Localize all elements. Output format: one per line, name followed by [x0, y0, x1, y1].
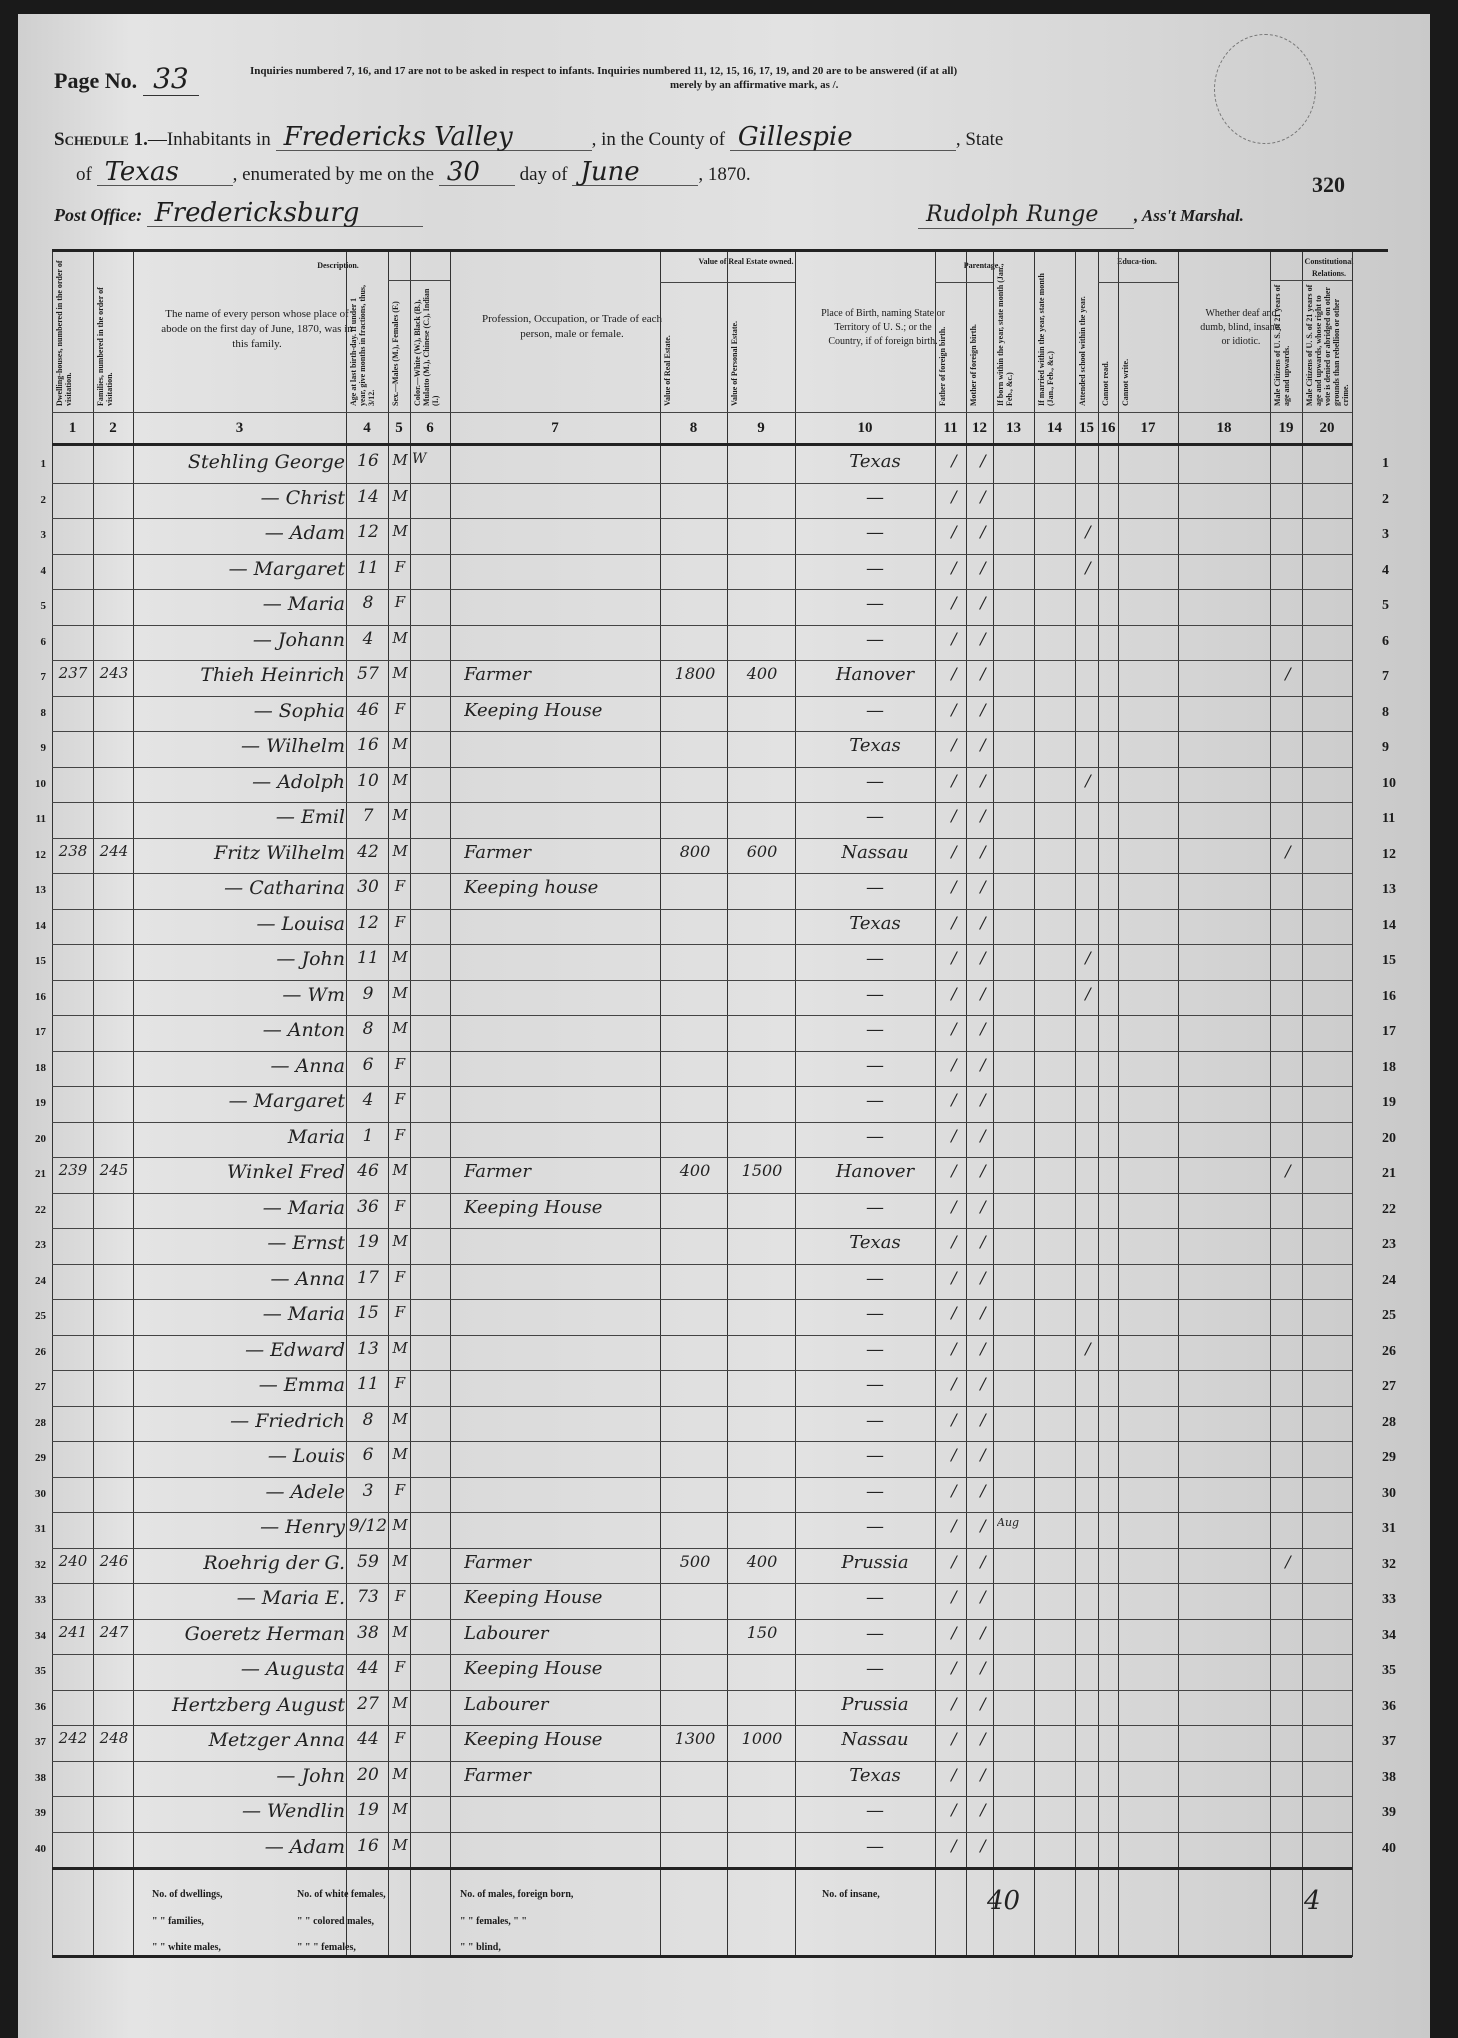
mother-foreign-mark: /: [972, 487, 994, 506]
header-col19: Male Citizens of U. S. of 21 years of ag…: [1273, 284, 1299, 406]
mother-foreign-mark: /: [972, 984, 994, 1003]
column-rule: [1075, 252, 1076, 1957]
row-number-right: 27: [1382, 1379, 1396, 1395]
age: 16: [348, 1836, 388, 1856]
birthplace: —: [815, 1516, 935, 1537]
row-number-right: 23: [1382, 1237, 1396, 1253]
sex: M: [389, 451, 411, 469]
age: 19: [348, 1800, 388, 1820]
row-number-left: 32: [30, 1559, 46, 1571]
father-foreign-mark: /: [943, 522, 965, 541]
age: 15: [348, 1303, 388, 1323]
sex: F: [389, 700, 411, 718]
birthplace: Nassau: [815, 842, 935, 863]
row-rule: [52, 1619, 1352, 1620]
post-office-label: Post Office:: [54, 205, 142, 225]
column-number: 8: [660, 420, 727, 437]
mother-foreign-mark: /: [972, 1339, 994, 1358]
mother-foreign-mark: /: [972, 1410, 994, 1429]
header-col11: Father of foreign birth.: [938, 286, 963, 406]
row-number-left: 1: [30, 458, 46, 470]
group-rule: [935, 282, 993, 283]
father-foreign-mark: /: [943, 1303, 965, 1322]
column-rule: [966, 252, 967, 1957]
row-number-right: 21: [1382, 1166, 1396, 1182]
father-foreign-mark: /: [943, 1197, 965, 1216]
row-number-left: 11: [30, 813, 46, 825]
row-number-left: 28: [30, 1417, 46, 1429]
person-name: — Margaret: [141, 558, 345, 580]
age: 8: [348, 593, 388, 613]
age: 6: [348, 1445, 388, 1465]
row-number-right: 6: [1382, 634, 1389, 650]
footer-blind-label: " " blind,: [460, 1942, 501, 1953]
sex: M: [389, 806, 411, 824]
person-name: Thieh Heinrich: [141, 664, 345, 686]
occupation: Farmer: [464, 1765, 660, 1786]
row-rule: [52, 1406, 1352, 1407]
person-name: — Ernst: [141, 1232, 345, 1254]
row-rule: [52, 1441, 1352, 1442]
county-field: Gillespie: [730, 124, 956, 151]
occupation: Farmer: [464, 1161, 660, 1182]
person-name: Stehling George: [141, 451, 345, 473]
row-number-right: 22: [1382, 1202, 1396, 1218]
column-number: 2: [93, 420, 133, 437]
person-name: — Adam: [141, 1836, 345, 1858]
birthplace: —: [815, 700, 935, 721]
personal-estate-value: 600: [731, 842, 793, 861]
father-foreign-mark: /: [943, 1765, 965, 1784]
sex: M: [389, 1445, 411, 1463]
father-foreign-mark: /: [943, 877, 965, 896]
birthplace: —: [815, 1623, 935, 1644]
row-number-right: 8: [1382, 705, 1389, 721]
male-citizen-mark: /: [1276, 1161, 1300, 1180]
age: 27: [348, 1694, 388, 1714]
row-rule: [52, 1264, 1352, 1265]
birthplace: —: [815, 1800, 935, 1821]
birthplace: Texas: [815, 1765, 935, 1786]
column-rule: [1098, 252, 1099, 1957]
mother-foreign-mark: /: [972, 1055, 994, 1074]
mother-foreign-mark: /: [972, 629, 994, 648]
page-number: Page No.33: [54, 62, 199, 95]
sex: F: [389, 1374, 411, 1392]
attended-school-mark: /: [1079, 948, 1097, 967]
column-number: 6: [410, 420, 450, 437]
row-number-right: 7: [1382, 669, 1389, 685]
row-rule: [52, 944, 1352, 945]
column-number: 4: [346, 420, 388, 437]
mother-foreign-mark: /: [972, 1161, 994, 1180]
footer-colored-males-label: " " colored males,: [297, 1916, 374, 1927]
row-rule: [52, 838, 1352, 839]
mother-foreign-mark: /: [972, 948, 994, 967]
mother-foreign-mark: /: [972, 522, 994, 541]
birthplace: —: [815, 984, 935, 1005]
row-rule: [52, 696, 1352, 697]
row-number-right: 26: [1382, 1344, 1396, 1360]
sex: M: [389, 1161, 411, 1179]
column-number: 7: [450, 420, 660, 437]
person-name: Maria: [141, 1126, 345, 1148]
row-number-left: 3: [30, 529, 46, 541]
mother-foreign-mark: /: [972, 593, 994, 612]
sex: M: [389, 1516, 411, 1534]
father-foreign-mark: /: [943, 700, 965, 719]
real-estate-value: 800: [664, 842, 726, 861]
birthplace: —: [815, 1658, 935, 1679]
person-name: — John: [141, 1765, 345, 1787]
dwelling-number: 240: [54, 1552, 92, 1570]
row-number-left: 36: [30, 1701, 46, 1713]
age: 30: [348, 877, 388, 897]
row-number-right: 35: [1382, 1663, 1396, 1679]
father-foreign-mark: /: [943, 1800, 965, 1819]
father-foreign-mark: /: [943, 1232, 965, 1251]
row-number-right: 28: [1382, 1415, 1396, 1431]
father-foreign-mark: /: [943, 1090, 965, 1109]
column-number: 16: [1098, 420, 1118, 437]
row-number-left: 12: [30, 849, 46, 861]
census-table: Description. Value of Real Estate owned.…: [52, 249, 1388, 1895]
birthplace: —: [815, 1126, 935, 1147]
row-rule: [52, 1761, 1352, 1762]
sex: M: [389, 1019, 411, 1037]
row-rule: [52, 554, 1352, 555]
header-col8: Value of Real Estate.: [663, 286, 724, 406]
header-col6: Color.—White (W.), Black (B.), Mulatto (…: [413, 284, 447, 406]
mother-foreign-mark: /: [972, 1090, 994, 1109]
group-value-real-estate: Value of Real Estate owned.: [678, 256, 814, 268]
column-number: 12: [966, 420, 993, 437]
column-number: 17: [1118, 420, 1178, 437]
sex: M: [389, 735, 411, 753]
row-number-left: 20: [30, 1133, 46, 1145]
row-number-left: 31: [30, 1523, 46, 1535]
age: 73: [348, 1587, 388, 1607]
real-estate-value: 400: [664, 1161, 726, 1180]
column-number: 9: [727, 420, 795, 437]
row-number-right: 17: [1382, 1024, 1396, 1040]
inhabitants-label: —Inhabitants in: [148, 129, 271, 150]
mother-foreign-mark: /: [972, 664, 994, 683]
mother-foreign-mark: /: [972, 1552, 994, 1571]
row-number-left: 22: [30, 1204, 46, 1216]
row-number-left: 33: [30, 1594, 46, 1606]
sex: M: [389, 487, 411, 505]
header-col12: Mother of foreign birth.: [969, 286, 990, 406]
mother-foreign-mark: /: [972, 1232, 994, 1251]
attended-school-mark: /: [1079, 771, 1097, 790]
sex: M: [389, 984, 411, 1002]
column-number: 13: [993, 420, 1034, 437]
row-number-right: 29: [1382, 1450, 1396, 1466]
occupation: Keeping House: [464, 1587, 660, 1608]
father-foreign-mark: /: [943, 1339, 965, 1358]
birthplace: —: [815, 1019, 935, 1040]
row-number-left: 7: [30, 671, 46, 683]
personal-estate-value: 1000: [731, 1729, 793, 1748]
stamped-page-number: 320: [1312, 172, 1345, 198]
row-number-right: 30: [1382, 1486, 1396, 1502]
occupation: Farmer: [464, 842, 660, 863]
row-rule: [52, 1086, 1352, 1087]
column-rule: [1270, 252, 1271, 1957]
row-number-left: 2: [30, 494, 46, 506]
person-name: — Louis: [141, 1445, 345, 1467]
footer-white-males-label: " " white males,: [152, 1942, 221, 1953]
father-foreign-mark: /: [943, 1623, 965, 1642]
enumerated-label: , enumerated by me on the: [233, 164, 435, 185]
row-number-left: 19: [30, 1097, 46, 1109]
county-label: , in the County of: [592, 129, 726, 150]
state-field: Texas: [97, 159, 233, 186]
row-number-left: 25: [30, 1310, 46, 1322]
mother-foreign-mark: /: [972, 1729, 994, 1748]
row-number-left: 35: [30, 1665, 46, 1677]
header-col16: Cannot read.: [1101, 286, 1115, 406]
row-number-left: 30: [30, 1488, 46, 1500]
person-name: Hertzberg August: [141, 1694, 345, 1716]
row-rule: [52, 1015, 1352, 1016]
father-foreign-mark: /: [943, 842, 965, 861]
birthplace: —: [815, 1055, 935, 1076]
footer-tally-parentage: 40: [987, 1886, 1020, 1916]
sex: M: [389, 1410, 411, 1428]
marshal-signature: Rudolph Runge: [918, 202, 1134, 229]
sex: M: [389, 1694, 411, 1712]
age: 44: [348, 1729, 388, 1749]
age: 16: [348, 451, 388, 471]
marshal-line: Rudolph Runge, Ass't Marshal.: [918, 202, 1244, 229]
sex: M: [389, 1765, 411, 1783]
personal-estate-value: 400: [731, 1552, 793, 1571]
father-foreign-mark: /: [943, 1587, 965, 1606]
row-rule: [52, 873, 1352, 874]
archive-stamp: [1214, 34, 1316, 144]
father-foreign-mark: /: [943, 806, 965, 825]
birthplace: —: [815, 629, 935, 650]
row-number-right: 36: [1382, 1699, 1396, 1715]
row-number-left: 23: [30, 1239, 46, 1251]
row-number-left: 16: [30, 991, 46, 1003]
row-number-right: 38: [1382, 1770, 1396, 1786]
row-number-right: 34: [1382, 1628, 1396, 1644]
row-number-left: 6: [30, 636, 46, 648]
row-number-right: 18: [1382, 1060, 1396, 1076]
column-rule: [1352, 252, 1353, 1957]
age: 57: [348, 664, 388, 684]
row-rule: [52, 625, 1352, 626]
column-rule: [1034, 252, 1035, 1957]
mother-foreign-mark: /: [972, 877, 994, 896]
mother-foreign-mark: /: [972, 1836, 994, 1855]
father-foreign-mark: /: [943, 1019, 965, 1038]
family-number: 248: [95, 1729, 133, 1747]
footer-males-foreign-label: No. of males, foreign born,: [460, 1889, 573, 1900]
schedule-line: Schedule 1.—Inhabitants in Fredericks Va…: [54, 124, 1003, 151]
census-page: Page No.33 Inquiries numbered 7, 16, and…: [18, 14, 1430, 2038]
person-name: — Augusta: [141, 1658, 345, 1680]
header-col9: Value of Personal Estate.: [730, 286, 792, 406]
mother-foreign-mark: /: [972, 1694, 994, 1713]
father-foreign-mark: /: [943, 451, 965, 470]
column-number: 10: [795, 420, 935, 437]
birthplace: —: [815, 1587, 935, 1608]
sex: F: [389, 1658, 411, 1676]
birthplace: —: [815, 1339, 935, 1360]
person-name: — Margaret: [141, 1090, 345, 1112]
row-number-right: 31: [1382, 1521, 1396, 1537]
mother-foreign-mark: /: [972, 558, 994, 577]
row-rule: [52, 731, 1352, 732]
attended-school-mark: /: [1079, 984, 1097, 1003]
row-number-right: 37: [1382, 1734, 1396, 1750]
row-number-left: 37: [30, 1736, 46, 1748]
person-name: — Maria: [141, 1197, 345, 1219]
header-col18: Whether deaf and dumb, blind, insane, or…: [1198, 307, 1284, 349]
row-rule: [52, 1796, 1352, 1797]
sex: M: [389, 771, 411, 789]
row-rule: [52, 1051, 1352, 1052]
person-name: — Emma: [141, 1374, 345, 1396]
age: 13: [348, 1339, 388, 1359]
age: 9: [348, 984, 388, 1004]
age: 4: [348, 1090, 388, 1110]
row-number-left: 21: [30, 1168, 46, 1180]
footer-females-foreign-label: " " females, " ": [460, 1916, 527, 1927]
attended-school-mark: /: [1079, 522, 1097, 541]
mother-foreign-mark: /: [972, 913, 994, 932]
row-number-right: 2: [1382, 492, 1389, 508]
father-foreign-mark: /: [943, 1836, 965, 1855]
mother-foreign-mark: /: [972, 1374, 994, 1393]
row-number-right: 15: [1382, 953, 1396, 969]
footer-families-label: " " families,: [152, 1916, 204, 1927]
age: 38: [348, 1623, 388, 1643]
column-number: 3: [133, 420, 346, 437]
person-name: — Wendlin: [141, 1800, 345, 1822]
row-rule: [52, 1477, 1352, 1478]
footer-colored-females-label: " " " females,: [297, 1942, 356, 1953]
column-rule: [1302, 252, 1303, 1957]
real-estate-value: 1300: [664, 1729, 726, 1748]
father-foreign-mark: /: [943, 913, 965, 932]
footer-tally-citizens: 4: [1304, 1886, 1321, 1916]
age: 11: [348, 948, 388, 968]
birthplace: Texas: [815, 735, 935, 756]
sex: M: [389, 1552, 411, 1570]
father-foreign-mark: /: [943, 1481, 965, 1500]
row-number-left: 17: [30, 1026, 46, 1038]
age: 12: [348, 522, 388, 542]
column-rule: [450, 252, 451, 1957]
dwelling-number: 239: [54, 1161, 92, 1179]
column-rule: [727, 252, 728, 1957]
sex: F: [389, 877, 411, 895]
father-foreign-mark: /: [943, 1410, 965, 1429]
header-thick-rule: [52, 443, 1352, 446]
row-number-right: 33: [1382, 1592, 1396, 1608]
person-name: — Maria: [141, 1303, 345, 1325]
row-number-left: 13: [30, 884, 46, 896]
age: 10: [348, 771, 388, 791]
header-col1: Dwelling-houses, numbered in the order o…: [55, 258, 90, 406]
birthplace: —: [815, 948, 935, 969]
birthplace: —: [815, 1374, 935, 1395]
group-rule: [1270, 280, 1352, 281]
family-number: 245: [95, 1161, 133, 1179]
person-name: Metzger Anna: [141, 1729, 345, 1751]
row-number-left: 18: [30, 1062, 46, 1074]
mother-foreign-mark: /: [972, 1481, 994, 1500]
age: 11: [348, 558, 388, 578]
sex: M: [389, 522, 411, 540]
birthplace: —: [815, 1410, 935, 1431]
personal-estate-value: 400: [731, 664, 793, 683]
column-number: 11: [935, 420, 966, 437]
birthplace: —: [815, 1268, 935, 1289]
sex: F: [389, 1268, 411, 1286]
row-number-left: 10: [30, 778, 46, 790]
attended-school-mark: /: [1079, 1339, 1097, 1358]
post-office-field: Fredericksburg: [147, 200, 423, 227]
column-number: 18: [1178, 420, 1270, 437]
row-rule: [52, 660, 1352, 661]
sex: M: [389, 1232, 411, 1250]
row-number-left: 40: [30, 1843, 46, 1855]
column-number: 5: [388, 420, 410, 437]
subdivision-field: Fredericks Valley: [276, 124, 592, 151]
row-number-left: 29: [30, 1452, 46, 1464]
birthplace: —: [815, 1445, 935, 1466]
row-number-right: 40: [1382, 1841, 1396, 1857]
person-name: — Henry: [141, 1516, 345, 1538]
row-rule: [52, 483, 1352, 484]
footer-thick-rule: [52, 1867, 1352, 1870]
row-number-right: 24: [1382, 1273, 1396, 1289]
sex: F: [389, 1090, 411, 1108]
sex: M: [389, 1339, 411, 1357]
sex: F: [389, 1303, 411, 1321]
row-number-right: 11: [1382, 811, 1395, 827]
birthplace: Hanover: [815, 1161, 935, 1182]
group-description: Description.: [288, 260, 388, 272]
age: 20: [348, 1765, 388, 1785]
row-rule: [52, 1335, 1352, 1336]
father-foreign-mark: /: [943, 984, 965, 1003]
column-number: 20: [1302, 420, 1352, 437]
birthplace: —: [815, 877, 935, 898]
age: 16: [348, 735, 388, 755]
birthplace: —: [815, 1303, 935, 1324]
occupation: Keeping House: [464, 1729, 660, 1750]
occupation: Keeping House: [464, 1658, 660, 1679]
mother-foreign-mark: /: [972, 1303, 994, 1322]
age: 12: [348, 913, 388, 933]
column-number: 14: [1034, 420, 1075, 437]
column-rule: [93, 252, 94, 1957]
row-rule: [52, 1193, 1352, 1194]
birthplace: Prussia: [815, 1552, 935, 1573]
occupation: Keeping House: [464, 700, 660, 721]
father-foreign-mark: /: [943, 1694, 965, 1713]
column-rule: [935, 252, 936, 1957]
father-foreign-mark: /: [943, 735, 965, 754]
birthplace: Texas: [815, 1232, 935, 1253]
